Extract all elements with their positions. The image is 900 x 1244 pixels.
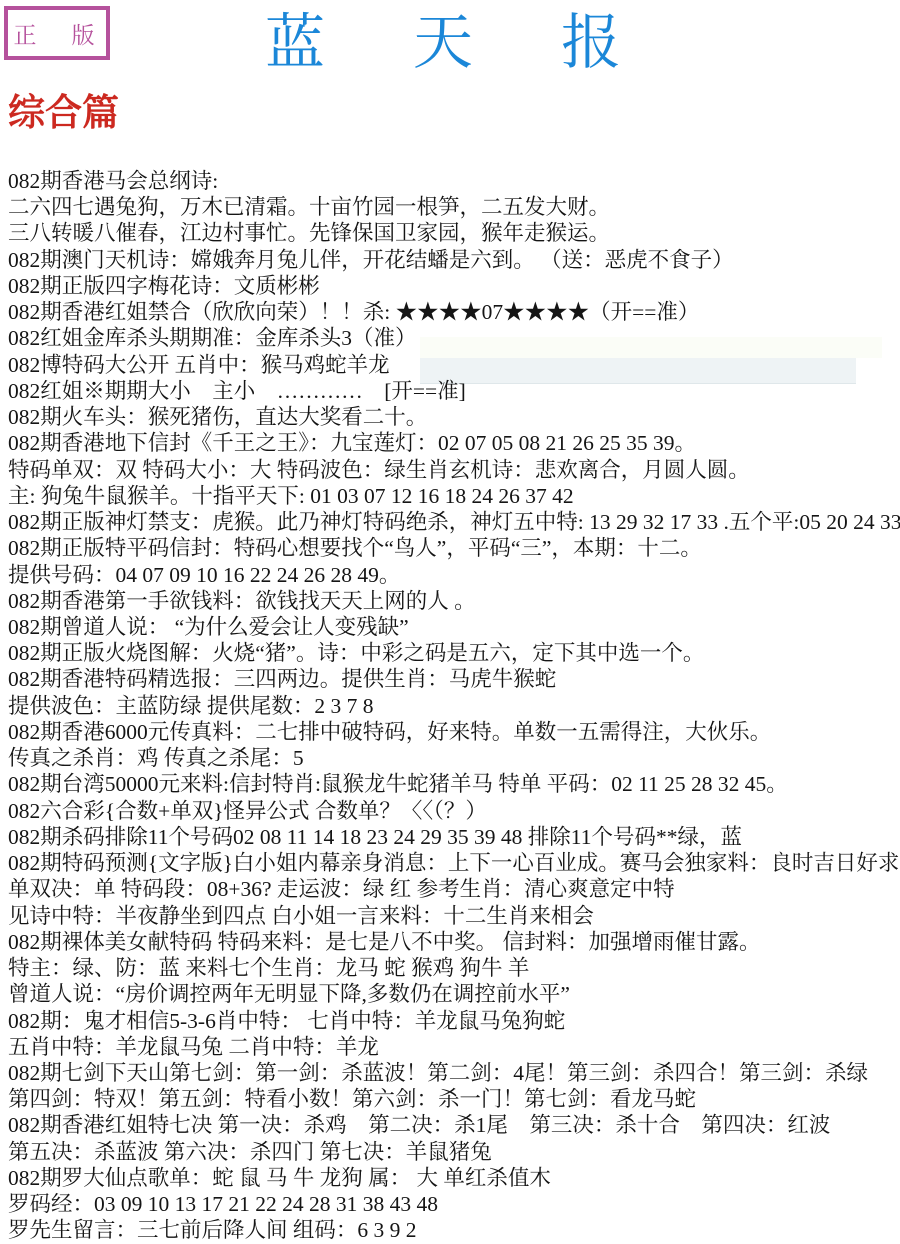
text-line: 第五决：杀蓝波 第六决：杀四门 第七决：羊鼠猪兔 [8,1139,900,1165]
text-line: 提供号码：04 07 09 10 16 22 24 26 28 49。 [8,562,900,588]
text-line: 082博特码大公开 五肖中：猴马鸡蛇羊龙 [8,352,900,378]
text-line: 特主：绿、防：蓝 来料七个生肖：龙马 蛇 猴鸡 狗牛 羊 [8,955,900,981]
text-line: 082红姐金库杀头期期准：金库杀头3（准） [8,325,900,351]
text-line: 082红姐※期期大小 主小 ………… [开==准] [8,378,900,404]
text-line: 082期香港马会总纲诗: [8,168,900,194]
text-line: 082期曾道人说： “为什么爱会让人变残缺” [8,614,900,640]
text-line: 082期罗大仙点歌单：蛇 鼠 马 牛 龙狗 属： 大 单红杀值木 [8,1165,900,1191]
text-line: 三八转暖八催春，江边村事忙。先锋保国卫家园，猴年走猴运。 [8,220,900,246]
text-line: 082期澳门天机诗：嫦娥奔月兔儿伴，开花结蟠是六到。 （送：恶虎不食子） [8,247,900,273]
text-line: 二六四七遇兔狗，万木已清霜。十亩竹园一根笋，二五发大财。 [8,194,900,220]
text-line: 082期正版特平码信封：特码心想要找个“鸟人”，平码“三”，本期：十二。 [8,535,900,561]
text-line: 082期七剑下天山第七剑：第一剑：杀蓝波！第二剑：4尾！第三剑：杀四合！第三剑：… [8,1060,900,1086]
content-lines: 082期香港马会总纲诗: 二六四七遇兔狗，万木已清霜。十亩竹园一根笋，二五发大财… [8,168,900,1244]
text-line: 082期香港特码精选报：三四两边。提供生肖：马虎牛猴蛇 [8,666,900,692]
text-line: 082期香港红姐特七决 第一决：杀鸡 第二决：杀1尾 第三决：杀十合 第四决：红… [8,1112,900,1138]
text-line: 罗先生留言：三七前后降人间 组码：6 3 9 2 [8,1217,900,1243]
text-line: 单双决：单 特码段：08+36? 走运波：绿 红 参考生肖：清心爽意定中特 [8,876,900,902]
page-title: 蓝 天 报 [0,10,900,76]
text-line: 082期火车头：猴死猪伤，直达大奖看二十。 [8,404,900,430]
text-line: 082期正版四字梅花诗：文质彬彬 [8,273,900,299]
text-line: 罗码经：03 09 10 13 17 21 22 24 28 31 38 43 … [8,1191,900,1217]
text-line: 082期正版神灯禁支：虎猴。此乃神灯特码绝杀，神灯五中特: 13 29 32 1… [8,509,900,535]
text-line: 主: 狗兔牛鼠猴羊。十指平天下: 01 03 07 12 16 18 24 26… [8,483,900,509]
text-line: 曾道人说：“房价调控两年无明显下降,多数仍在调控前水平” [8,981,900,1007]
text-line: 见诗中特：半夜静坐到四点 白小姐一言来料：十二生肖来相会 [8,903,900,929]
text-line: 082期杀码排除11个号码02 08 11 14 18 23 24 29 35 … [8,824,900,850]
text-line: 传真之杀肖：鸡 传真之杀尾：5 [8,745,900,771]
text-line: 082期香港地下信封《千王之王》：九宝莲灯：02 07 05 08 21 26 … [8,430,900,456]
text-line: 特码单双：双 特码大小：大 特码波色：绿生肖玄机诗：悲欢离合，月圆人圆。 [8,457,900,483]
newspaper-page: 正 版 蓝 天 报 综合篇 082期香港马会总纲诗: 二六四七遇兔狗，万木已清霜… [0,0,900,1244]
text-line: 第四剑：特双！第五剑：特看小数！第六剑：杀一门！第七剑：看龙马蛇 [8,1086,900,1112]
section-title: 综合篇 [8,92,119,136]
text-line: 082期正版火烧图解：火烧“猪”。诗：中彩之码是五六，定下其中选一个。 [8,640,900,666]
text-line: 提供波色：主蓝防绿 提供尾数：2 3 7 8 [8,693,900,719]
text-line: 082期香港6000元传真料：二七排中破特码，好来特。单数一五需得注，大伙乐。 [8,719,900,745]
text-line: 082期香港红姐禁合（欣欣向荣）！！杀: ★★★★07★★★★（开==准） [8,299,900,325]
text-line: 082期特码预测{文字版}白小姐内幕亲身消息：上下一心百业成。赛马会独家料：良时… [8,850,900,876]
text-line: 082期台湾50000元来料:信封特肖:鼠猴龙牛蛇猪羊马 特单 平码：02 11… [8,771,900,797]
text-line: 082六合彩{合数+单双}怪异公式 合数单？〈〈（？） [8,798,900,824]
text-line: 082期：鬼才相信5-3-6肖中特： 七肖中特：羊龙鼠马兔狗蛇 [8,1008,900,1034]
text-line: 五肖中特：羊龙鼠马兔 二肖中特：羊龙 [8,1034,900,1060]
text-line: 082期香港第一手欲钱料：欲钱找天天上网的人 。 [8,588,900,614]
text-line: 082期裸体美女献特码 特码来料：是七是八不中奖。 信封料：加强增雨催甘露。 [8,929,900,955]
